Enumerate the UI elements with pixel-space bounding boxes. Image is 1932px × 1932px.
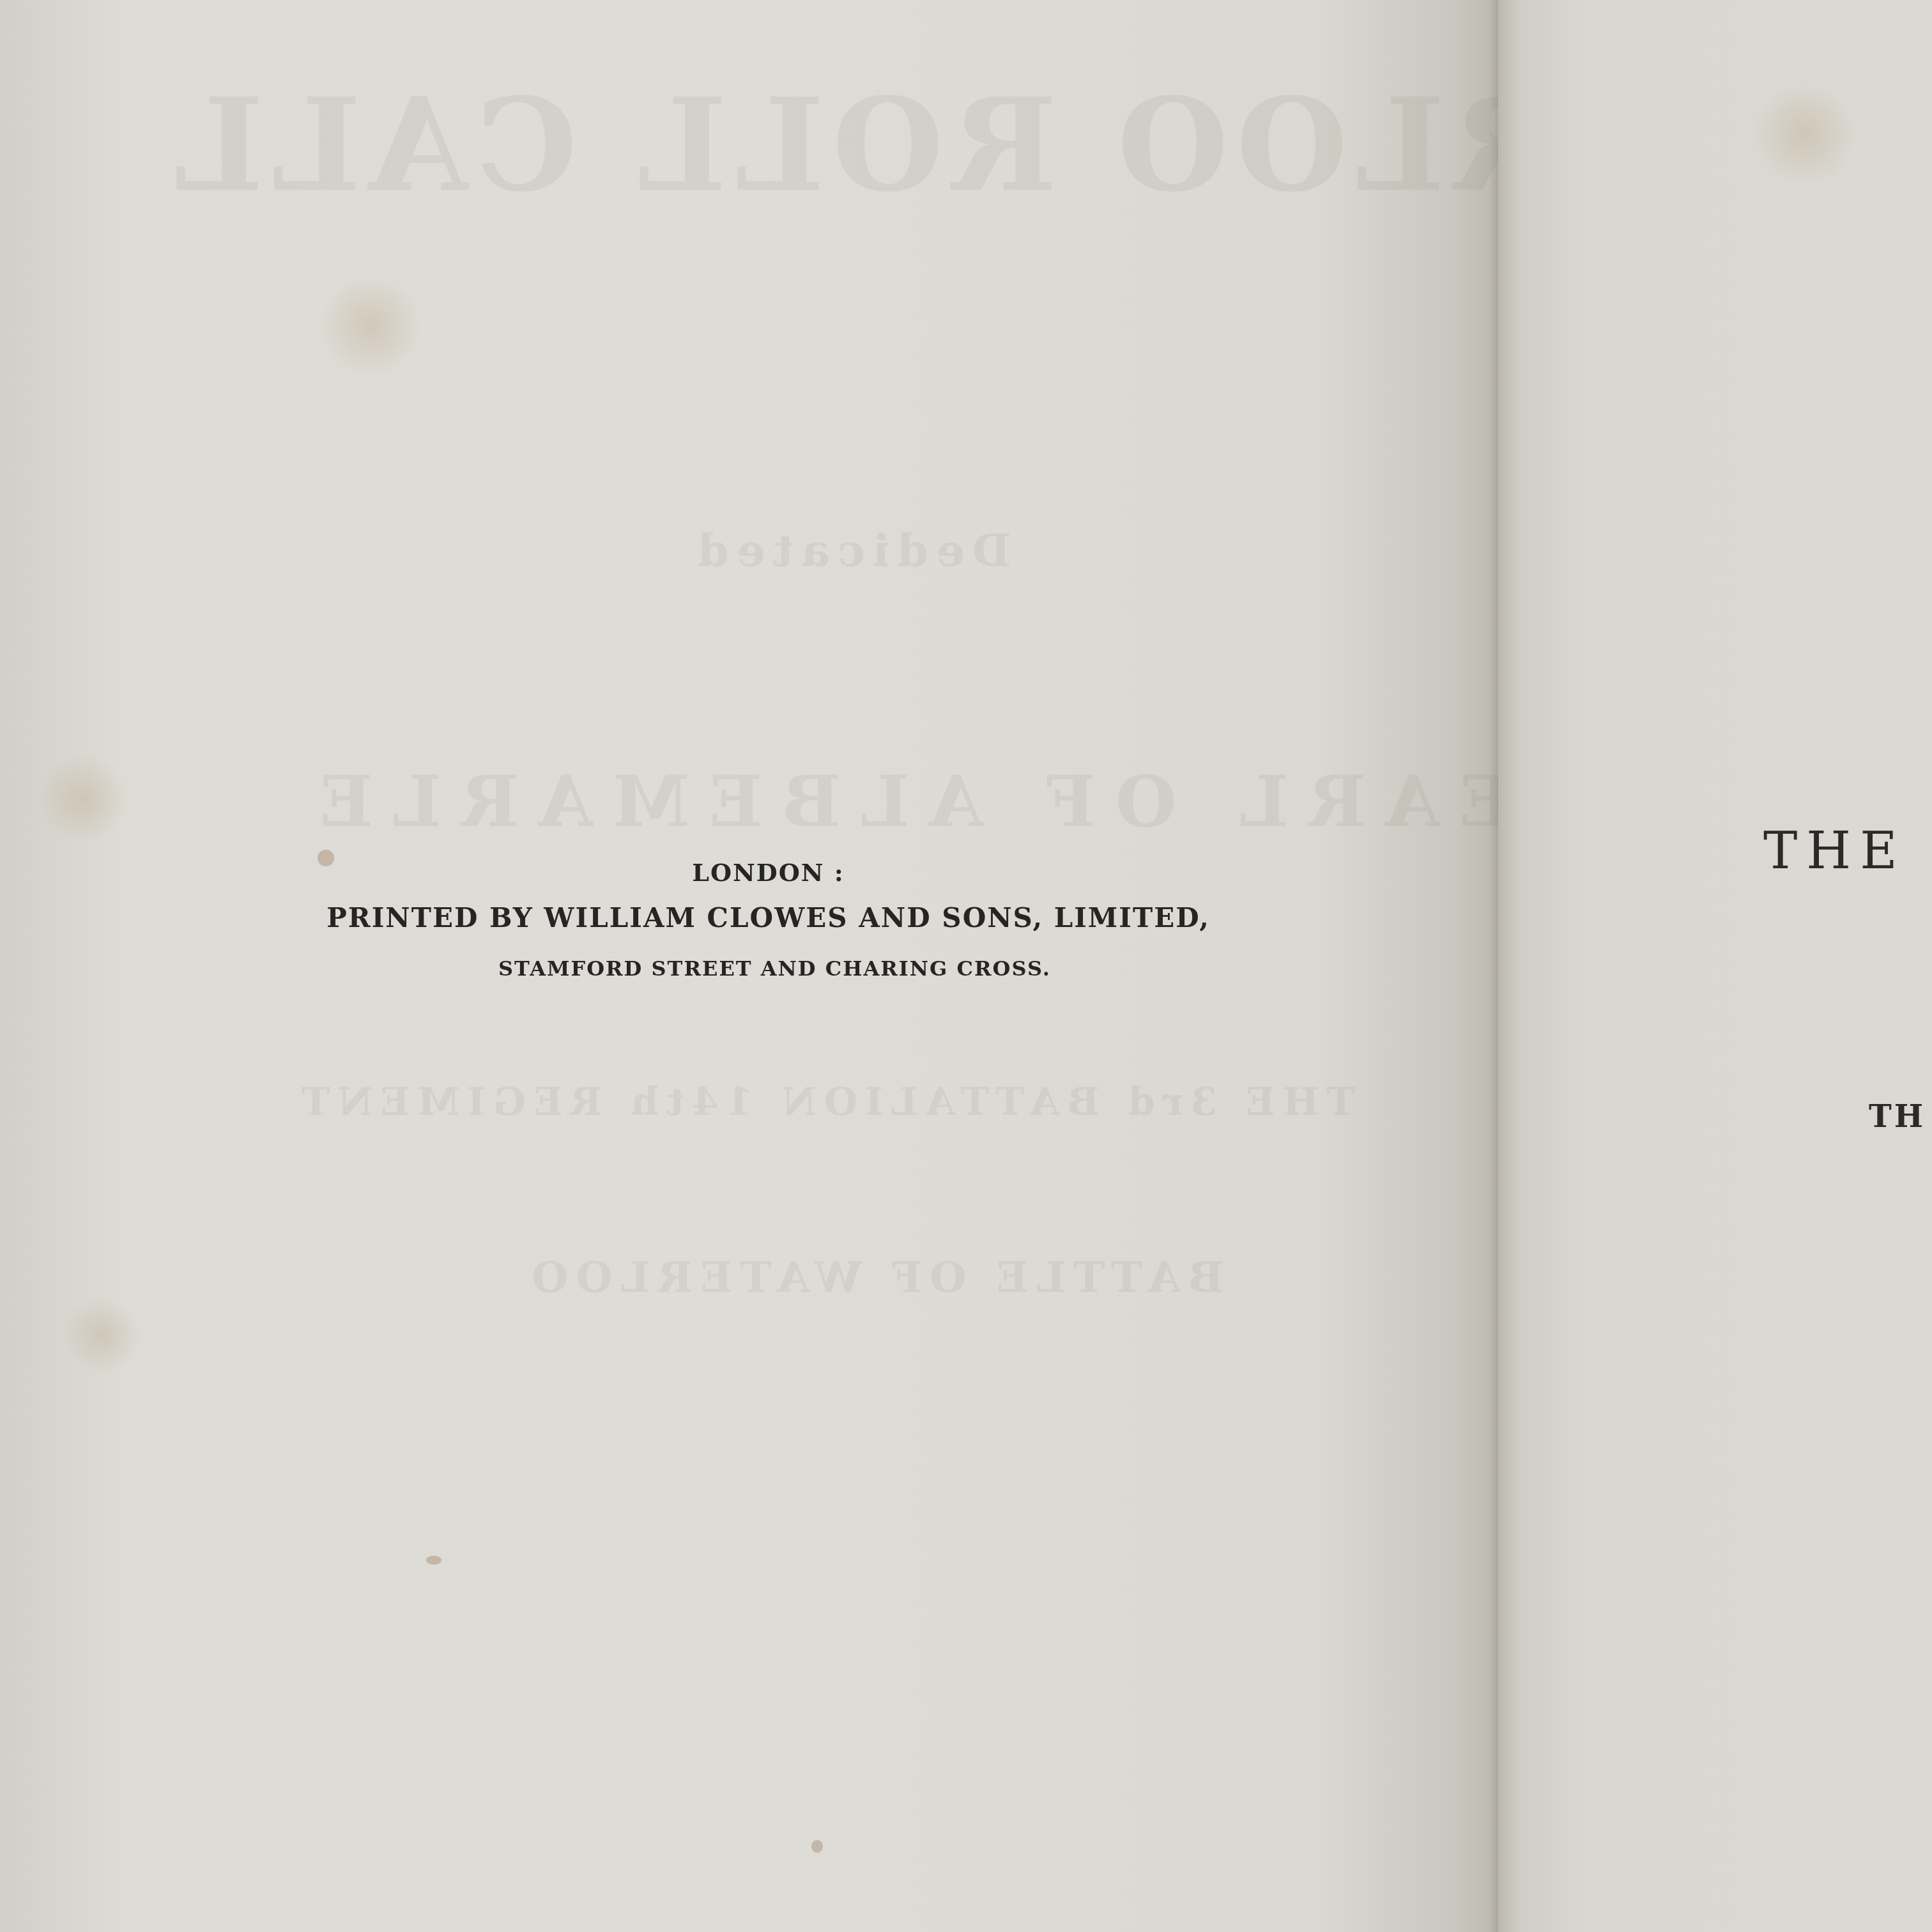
foxing-stain <box>319 275 422 377</box>
right-page <box>1498 0 1932 1932</box>
foxing-spot <box>426 1556 441 1565</box>
foxing-stain <box>64 1297 141 1374</box>
foxing-spot <box>318 850 334 866</box>
show-through-battle: BATTLE OF WATERLOO <box>524 1252 1223 1302</box>
imprint-city: LONDON : <box>0 858 1517 887</box>
show-through-dedicated: Dedicated <box>690 524 1011 577</box>
foxing-stain <box>38 754 128 843</box>
show-through-battalion: THE 3rd BATTALION 14th REGIMENT <box>294 1080 1355 1124</box>
right-page-heading: THE <box>1763 821 1906 880</box>
left-page: WATERLOO ROLL CALL Dedicated THE EARL OF… <box>0 0 1498 1932</box>
right-page-subheading: TH <box>1869 1099 1926 1135</box>
imprint-address: STAMFORD STREET AND CHARING CROSS. <box>0 956 1524 981</box>
imprint-printer: PRINTED BY WILLIAM CLOWES AND SONS, LIMI… <box>0 902 1517 933</box>
foxing-spot <box>811 1840 823 1853</box>
foxing-stain <box>1754 83 1856 185</box>
book-spread: WATERLOO ROLL CALL Dedicated THE EARL OF… <box>0 0 1932 1932</box>
